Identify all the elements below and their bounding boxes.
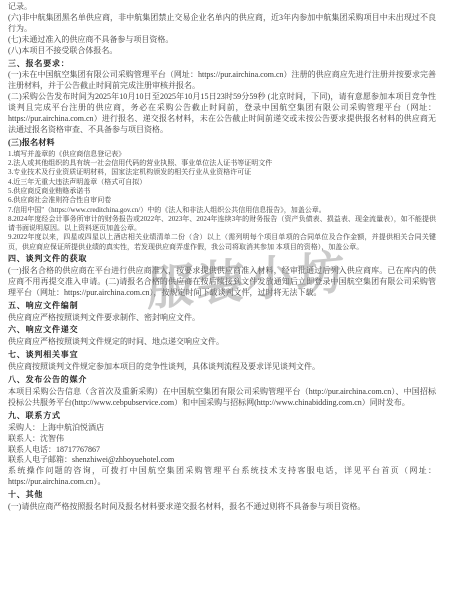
- announcement-media-body: 本项目采购公告信息（含首次及重新采购）在中国航空集团有限公司采购管理平台（htt…: [8, 387, 436, 409]
- material-item-4: 4.近三年无重大违法声明盖章（格式可自拟）: [8, 178, 436, 187]
- material-item-2: 2.法人或其他组织的具有统一社会信用代码的营业执照、事业单位法人证书等证明文件: [8, 159, 436, 168]
- response-submission-body: 供应商应严格按照谈判文件规定的时间、地点递交响应文件。: [8, 337, 436, 348]
- document-acquisition-body: (一)报名合格的供应商在平台进行供应商准入，按要求提供供应商准入材料，经审批通过…: [8, 266, 436, 299]
- section-heading-10-other: 十、其他: [8, 490, 436, 501]
- system-support-note: 系统操作问题的咨询，可拨打中国航空集团采购管理平台系统技术支持客服电话，详见平台…: [8, 466, 436, 488]
- response-preparation-body: 供应商应严格按照谈判文件要求制作、密封响应文件。: [8, 313, 436, 324]
- subheading-registration-materials: (三)报名材料: [8, 138, 436, 149]
- section-heading-3-registration-requirements: 三、报名要求：: [8, 59, 436, 70]
- section-heading-4-document-acquisition: 四、谈判文件的获取: [8, 254, 436, 265]
- negotiation-matters-body: 供应商按照谈判文件规定参加本项目的竞争性谈判，具体谈判流程及要求详见谈判文件。: [8, 362, 436, 373]
- contact-person: 联系人：沈智伟: [8, 434, 436, 445]
- material-item-3: 3.专业技术及行业资质证明材料，国家法定机构颁发的相关行业从业资格许可证: [8, 168, 436, 177]
- material-item-9: 9.2022年度以来，四星或四星以上酒店相关业绩清单二份（含）以上（需列明每个项…: [8, 233, 436, 252]
- material-item-1: 1.填写并盖章的《供应商信息登记表》: [8, 150, 436, 159]
- material-item-8: 8.2024年度经会计事务所审计的财务报告或2022年、2023年、2024年连…: [8, 215, 436, 234]
- paragraph-continuation: 记录。: [8, 2, 436, 13]
- other-clause-1: (一)请供应商严格按照报名时间及报名材料要求递交报名材料，报名不通过则将不具备参…: [8, 502, 436, 513]
- section-heading-9-contact-info: 九、联系方式: [8, 411, 436, 422]
- clause-8: (八)本项目不接受联合体报名。: [8, 46, 436, 57]
- section-heading-8-announcement-media: 八、发布公告的媒介: [8, 375, 436, 386]
- section-heading-7-negotiation-matters: 七、谈判相关事宜: [8, 350, 436, 361]
- section-heading-5-response-preparation: 五、响应文件编制: [8, 301, 436, 312]
- section-heading-6-response-submission: 六、响应文件递交: [8, 325, 436, 336]
- material-item-6: 6.供应商社会准则符合性自审问卷: [8, 196, 436, 205]
- document-page: 记录。 (六)非中航集团黑名单供应商，非中航集团禁止交易企业名单内的供应商，近3…: [0, 0, 450, 600]
- registration-clause-2: (二)采购公告发布时间为2025年10月10日至2025年10月15日23时59…: [8, 92, 436, 136]
- material-item-5: 5.供应商反商业贿赂承诺书: [8, 187, 436, 196]
- contact-purchaser: 采购人：上海中航泊悦酒店: [8, 423, 436, 434]
- clause-7: (七)未通过准入的供应商不具备参与项目资格。: [8, 35, 436, 46]
- clause-6: (六)非中航集团黑名单供应商，非中航集团禁止交易企业名单内的供应商，近3年内参加…: [8, 13, 436, 35]
- material-item-7: 7.信用中国"（https://www.creditchina.gov.cn/）…: [8, 206, 436, 215]
- contact-email: 联系人电子邮箱：shenzhiwei@zhboyuehotel.com: [8, 455, 436, 466]
- contact-phone: 联系人电话：18717767867: [8, 445, 436, 456]
- registration-clause-1: (一)未在中国航空集团有限公司采购管理平台（网址：https://pur.air…: [8, 70, 436, 92]
